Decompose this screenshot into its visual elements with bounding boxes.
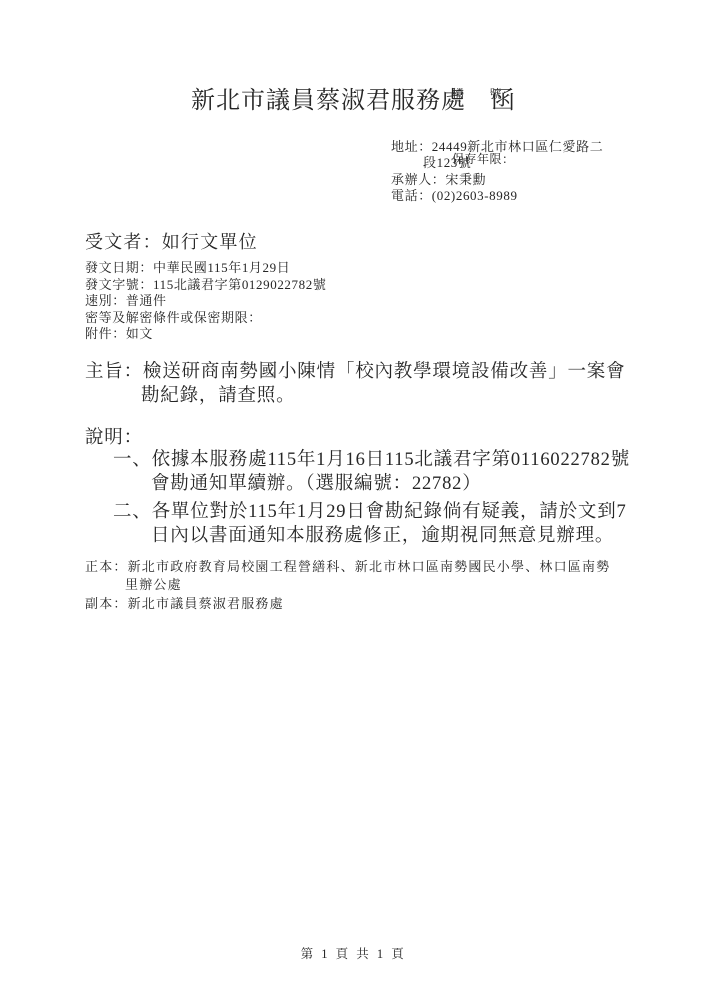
sender-address-line1: 地址：24449新北市林口區仁愛路二	[391, 139, 603, 155]
subject-text: 檢送研商南勢國小陳情「校內教學環境設備改善」一案會勘紀錄，請查照。	[141, 362, 625, 406]
original-copy-label: 正本：	[85, 559, 128, 574]
description-item-2: 二、各單位對於115年1月29日會勘紀錄倘有疑義，請於文到7日內以書面通知本服務…	[113, 501, 637, 548]
sender-phone: 電話：(02)2603-8989	[391, 188, 603, 204]
original-copy-line: 正本：新北市政府教育局校園工程營繕科、新北市林口區南勢國民小學、林口區南勢里辦公…	[85, 558, 615, 595]
description-item-1-number: 一、	[113, 450, 152, 470]
description-label: 說明：	[85, 423, 143, 449]
sender-info-block: 地址：24449新北市林口區仁愛路二 段123號 承辦人：宋秉勳 電話：(02)…	[391, 139, 603, 205]
cc-copy-line: 副本：新北市議員蔡淑君服務處	[85, 595, 615, 613]
issue-date-line: 發文日期：中華民國115年1月29日	[85, 260, 326, 277]
description-item-2-number: 二、	[113, 502, 152, 522]
issue-number-line: 發文字號：115北議君字第0129022782號	[85, 277, 326, 294]
attachment-line: 附件：如文	[85, 326, 326, 343]
description-item-1: 一、依據本服務處115年1月16日115北議君字第0116022782號會勘通知…	[113, 449, 637, 496]
subject-paragraph: 主旨：檢送研商南勢國小陳情「校內教學環境設備改善」一案會勘紀錄，請查照。	[85, 361, 637, 408]
distribution-block: 正本：新北市政府教育局校園工程營繕科、新北市林口區南勢國民小學、林口區南勢里辦公…	[85, 558, 615, 613]
sender-address-line2: 段123號	[391, 155, 603, 171]
recipient-line: 受文者：如行文單位	[85, 228, 258, 254]
document-title: 新北市議員蔡淑君服務處 函	[0, 80, 707, 115]
description-item-2-text: 各單位對於115年1月29日會勘紀錄倘有疑義，請於文到7日內以書面通知本服務處修…	[151, 502, 627, 546]
security-classification-line: 密等及解密條件或保密期限：	[85, 310, 326, 327]
original-copy-recipients: 新北市政府教育局校園工程營繕科、新北市林口區南勢國民小學、林口區南勢里辦公處	[125, 559, 610, 592]
priority-line: 速別：普通件	[85, 293, 326, 310]
cc-copy-label: 副本：	[85, 596, 128, 611]
issuing-metadata-block: 發文日期：中華民國115年1月29日 發文字號：115北議君字第01290227…	[85, 260, 326, 343]
page-number-footer: 第 1 頁 共 1 頁	[0, 944, 707, 962]
cc-copy-recipients: 新北市議員蔡淑君服務處	[128, 596, 284, 611]
description-item-list: 一、依據本服務處115年1月16日115北議君字第0116022782號會勘通知…	[113, 449, 637, 553]
subject-label: 主旨：	[85, 362, 143, 382]
description-item-1-text: 依據本服務處115年1月16日115北議君字第0116022782號會勘通知單續…	[151, 450, 630, 494]
sender-contact-person: 承辦人：宋秉勳	[391, 172, 603, 188]
official-letter-page: 檔 號： 保存年限： 新北市議員蔡淑君服務處 函 地址：24449新北市林口區仁…	[0, 0, 707, 1000]
